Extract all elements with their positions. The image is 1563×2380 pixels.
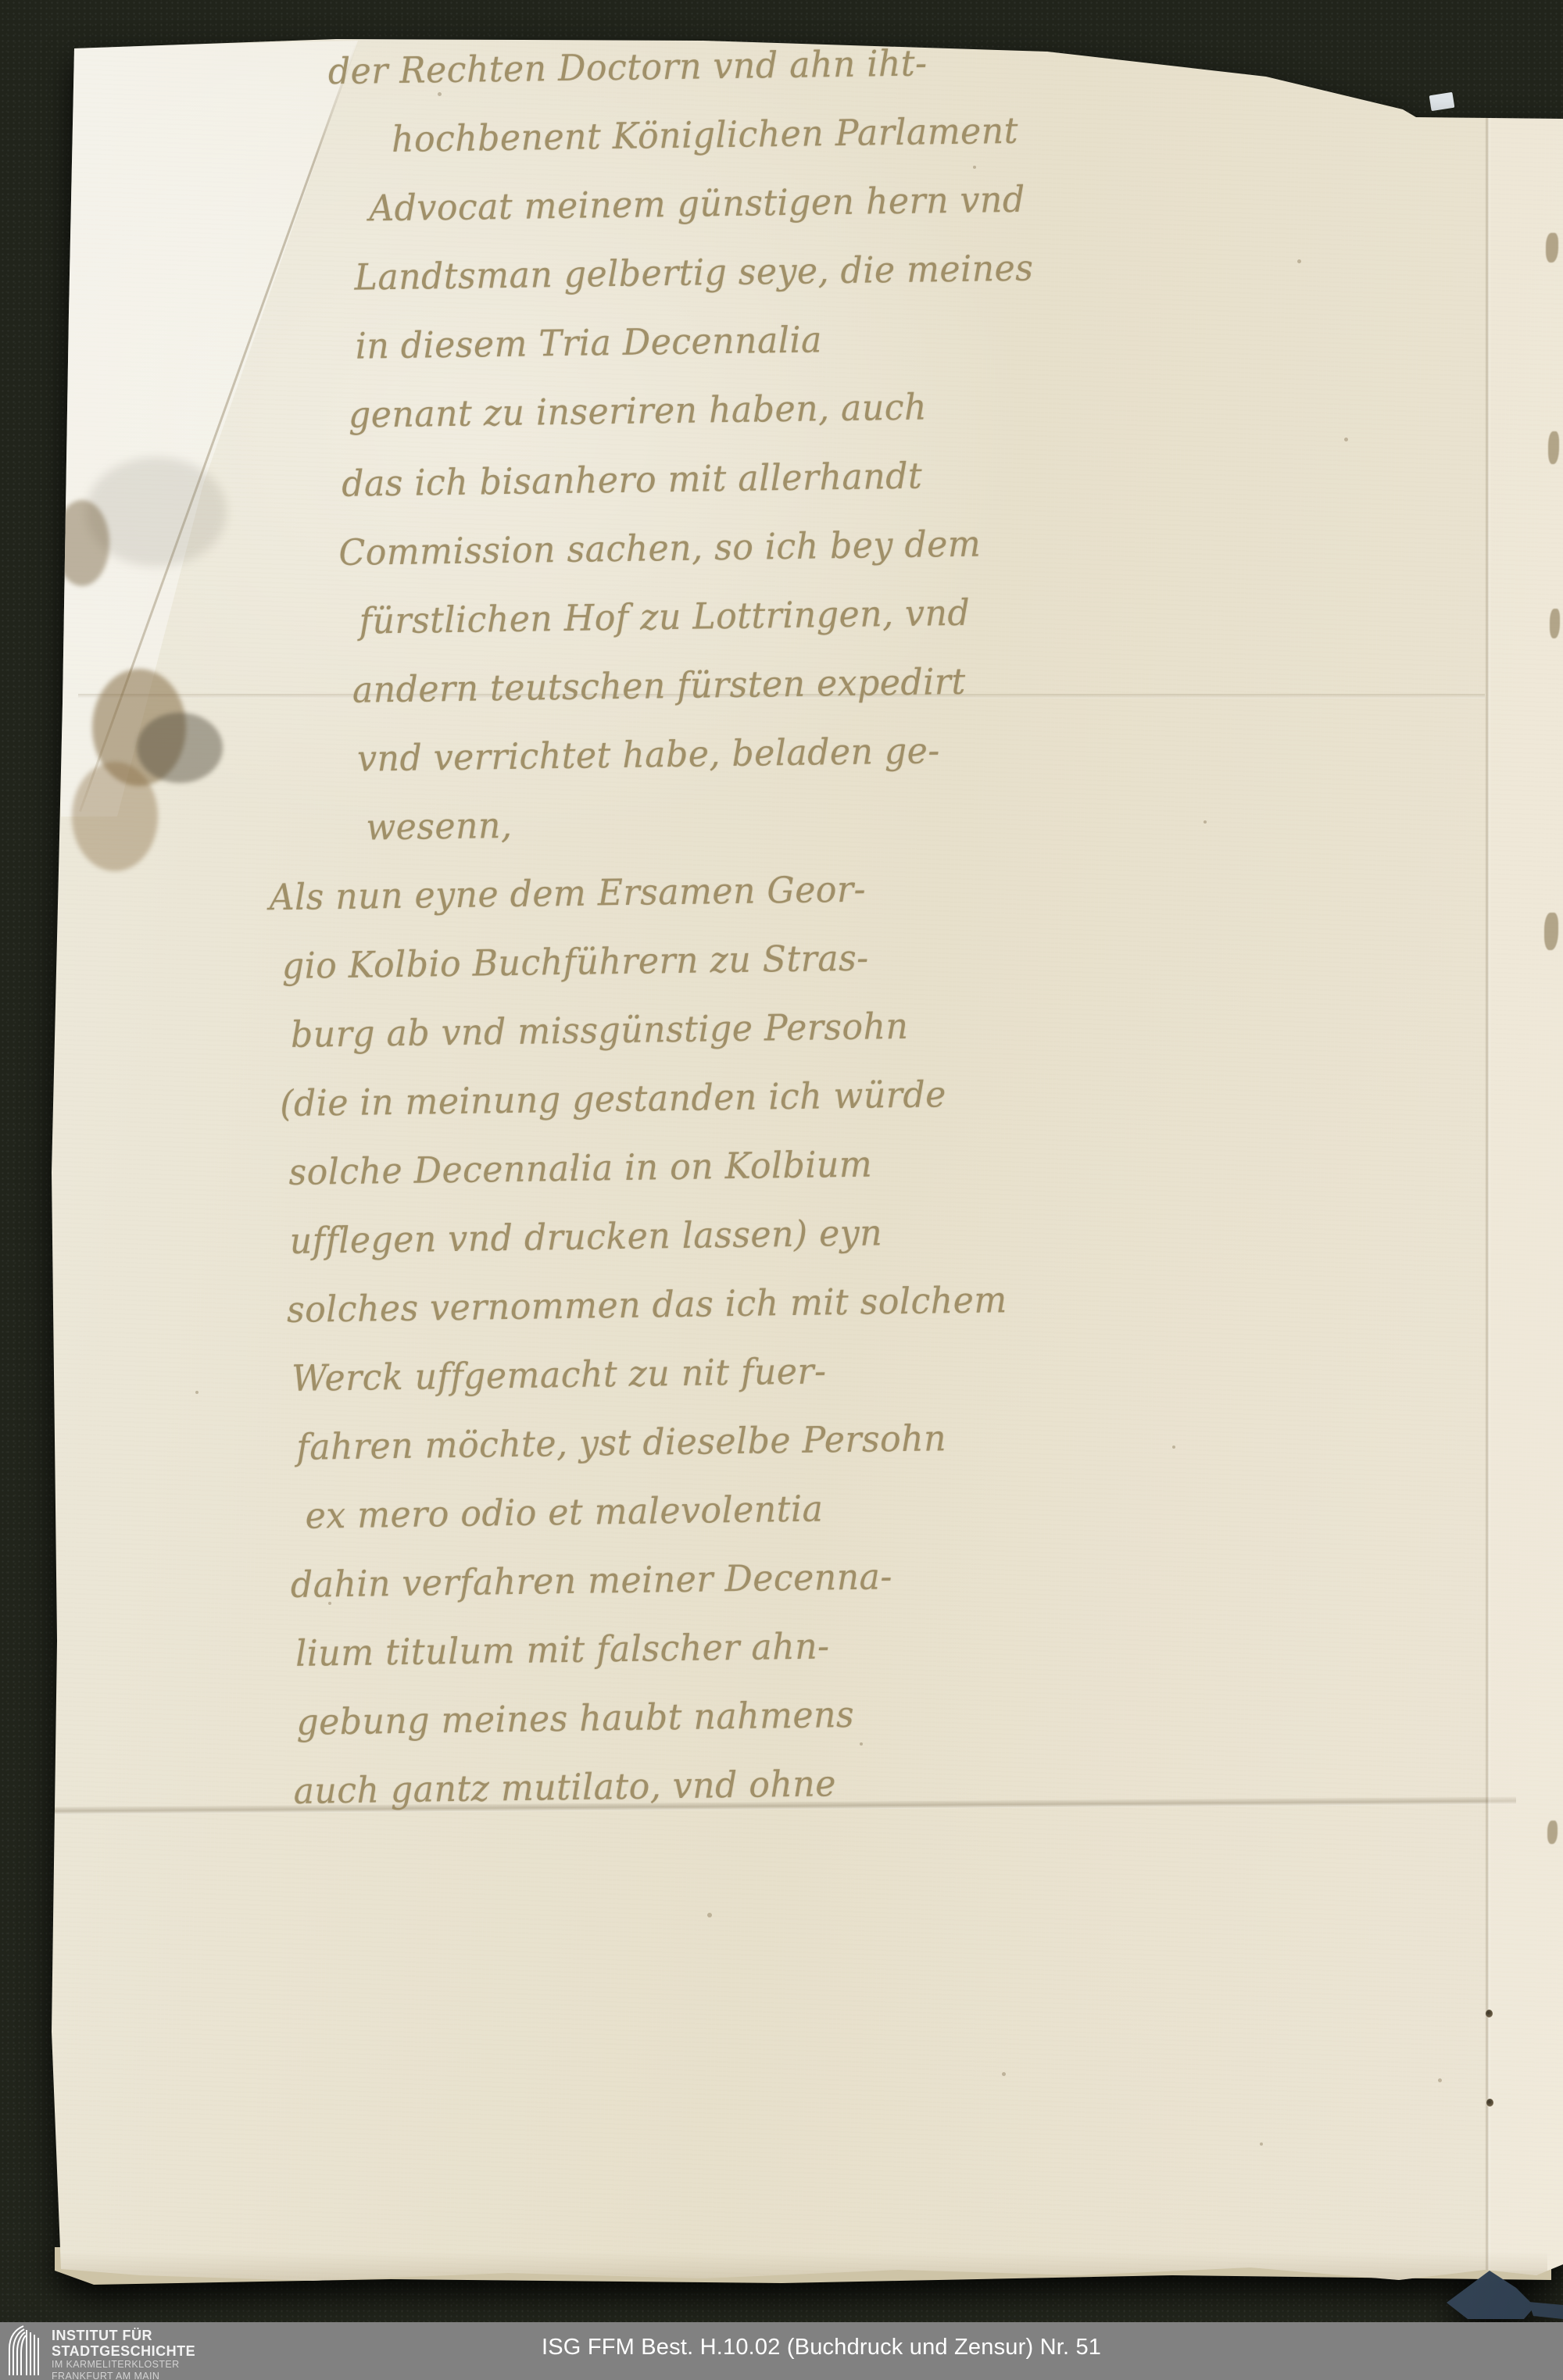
manuscript-page: der Rechten Doctorn vnd ahn iht-hochbene… <box>0 0 1563 2380</box>
handwritten-line: in diesem Tria Decennalia <box>355 320 822 366</box>
handwritten-line: solches vernommen das ich mit solchem <box>287 1280 1007 1329</box>
handwritten-line: burg ab vnd missgünstige Persohn <box>291 1006 909 1055</box>
institute-logo-text: INSTITUT FÜR STADTGESCHICHTE IM KARMELIT… <box>52 2328 195 2380</box>
handwritten-line: fürstlichen Hof zu Lottringen, vnd <box>359 593 970 641</box>
handwritten-line: Commission sachen, so ich bey dem <box>338 524 981 573</box>
handwritten-line: gio Kolbio Buchführern zu Stras- <box>281 938 868 986</box>
handwritten-line: der Rechten Doctorn vnd ahn iht- <box>328 43 928 91</box>
institute-name-line: STADTGESCHICHTE <box>52 2343 195 2359</box>
handwritten-line: lium titulum mit falscher ahn- <box>295 1626 830 1673</box>
handwritten-line: vnd verrichtet habe, beladen ge- <box>357 731 940 778</box>
gothic-arch-icon <box>6 2325 41 2375</box>
handwritten-line: Landtsman gelbertig seye, die meines <box>354 248 1033 298</box>
handwritten-line: hochbenent Königlichen Parlament <box>392 111 1018 159</box>
handwritten-line: ufflegen vnd drucken lassen) eyn <box>289 1213 882 1260</box>
handwritten-line: genant zu inseriren haben, auch <box>349 387 928 434</box>
handwritten-line: fahren möchte, yst dieselbe Persohn <box>296 1418 946 1467</box>
handwritten-line: dahin verfahren meiner Decenna- <box>291 1556 893 1604</box>
handwritten-line: Werck uffgemacht zu nit fuer- <box>291 1351 827 1398</box>
handwritten-line: ex mero odio et malevolentia <box>305 1488 823 1535</box>
institute-sub-line: FRANKFURT AM MAIN <box>52 2371 195 2380</box>
handwritten-line: (die in meinung gestanden ich würde <box>280 1074 946 1123</box>
handwritten-line: andern teutschen fürsten expedirt <box>352 662 966 710</box>
handwritten-text-block: der Rechten Doctorn vnd ahn iht-hochbene… <box>0 0 1563 2380</box>
handwritten-line: das ich bisanhero mit allerhandt <box>342 456 923 504</box>
handwritten-line: Advocat meinem günstigen hern vnd <box>369 180 1025 228</box>
institute-sub-line: IM KARMELITERKLOSTER <box>52 2359 195 2371</box>
handwritten-line: Als nun eyne dem Ersamen Geor- <box>269 870 866 917</box>
handwritten-line: gebung meines haubt nahmens <box>296 1695 854 1742</box>
institute-name-line: INSTITUT FÜR <box>52 2328 195 2343</box>
handwritten-line: solche Decennalia in on Kolbium <box>288 1145 872 1192</box>
archive-caption-bar: INSTITUT FÜR STADTGESCHICHTE IM KARMELIT… <box>0 2322 1563 2380</box>
shelfmark-caption: ISG FFM Best. H.10.02 (Buchdruck und Zen… <box>542 2335 1101 2360</box>
manuscript-page-stack: der Rechten Doctorn vnd ahn iht-hochbene… <box>0 0 1563 2380</box>
handwritten-line: auch gantz mutilato, vnd ohne <box>293 1764 836 1810</box>
archival-scan-view: der Rechten Doctorn vnd ahn iht-hochbene… <box>0 0 1563 2380</box>
institute-logo: INSTITUT FÜR STADTGESCHICHTE IM KARMELIT… <box>6 2325 195 2380</box>
handwritten-line: wesenn, <box>366 806 513 847</box>
